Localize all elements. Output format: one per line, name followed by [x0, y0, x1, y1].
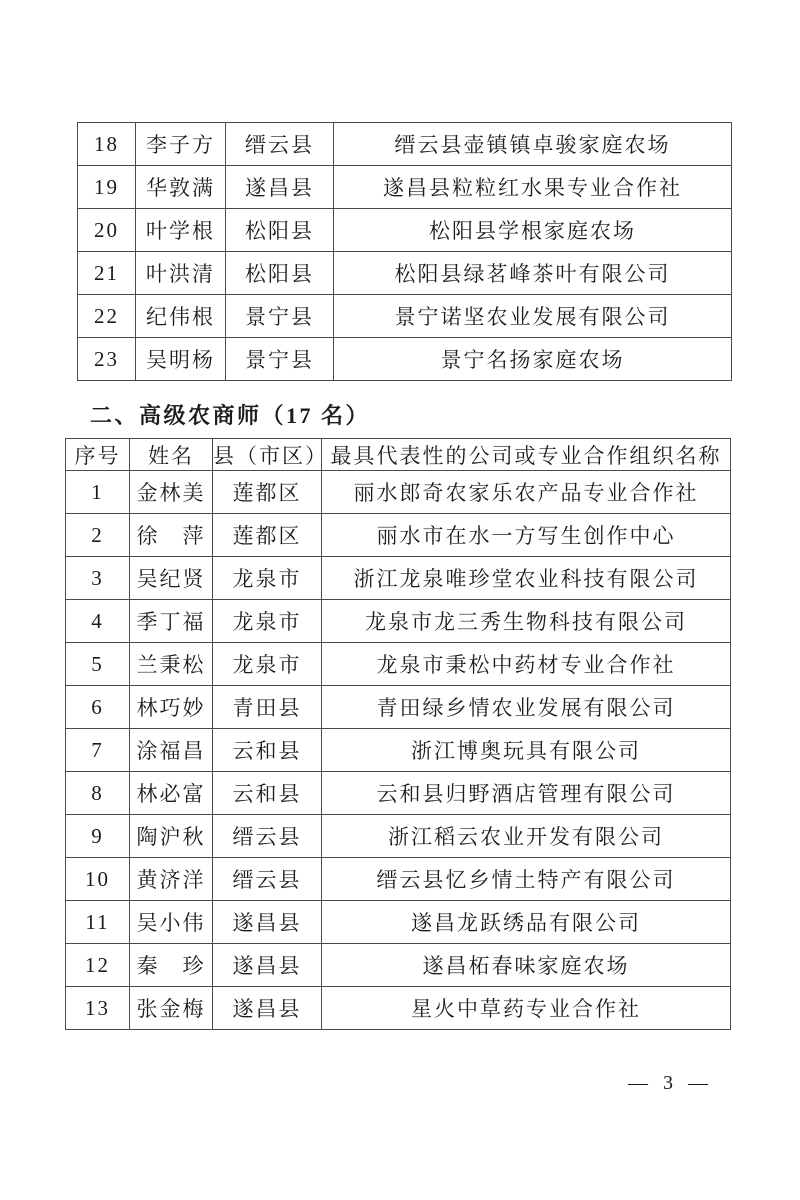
table-row: 8林必富云和县云和县归野酒店管理有限公司 [66, 772, 731, 815]
cell-seq: 13 [66, 987, 130, 1030]
cell-seq: 21 [78, 252, 136, 295]
cell-name: 李子方 [136, 123, 226, 166]
cell-organization: 青田绿乡情农业发展有限公司 [322, 686, 731, 729]
cell-seq: 18 [78, 123, 136, 166]
cell-seq: 10 [66, 858, 130, 901]
cell-county: 松阳县 [226, 252, 334, 295]
cell-name: 秦 珍 [130, 944, 213, 987]
cell-organization: 遂昌龙跃绣品有限公司 [322, 901, 731, 944]
cell-county: 龙泉市 [213, 557, 322, 600]
cell-seq: 7 [66, 729, 130, 772]
table-row: 21叶洪清松阳县松阳县绿茗峰茶叶有限公司 [78, 252, 732, 295]
table-row: 18李子方缙云县缙云县壶镇镇卓骏家庭农场 [78, 123, 732, 166]
cell-seq: 5 [66, 643, 130, 686]
cell-county: 遂昌县 [226, 166, 334, 209]
cell-organization: 浙江龙泉唯珍堂农业科技有限公司 [322, 557, 731, 600]
cell-county: 景宁县 [226, 295, 334, 338]
cell-seq: 20 [78, 209, 136, 252]
cell-seq: 8 [66, 772, 130, 815]
table-row: 2徐 萍莲都区丽水市在水一方写生创作中心 [66, 514, 731, 557]
header-name: 姓名 [130, 439, 213, 471]
cell-name: 华敦满 [136, 166, 226, 209]
cell-name: 兰秉松 [130, 643, 213, 686]
cell-seq: 3 [66, 557, 130, 600]
cell-organization: 龙泉市秉松中药材专业合作社 [322, 643, 731, 686]
cell-seq: 9 [66, 815, 130, 858]
table1-body: 18李子方缙云县缙云县壶镇镇卓骏家庭农场19华敦满遂昌县遂昌县粒粒红水果专业合作… [78, 123, 732, 381]
table-row: 23吴明杨景宁县景宁名扬家庭农场 [78, 338, 732, 381]
table-row: 20叶学根松阳县松阳县学根家庭农场 [78, 209, 732, 252]
cell-name: 涂福昌 [130, 729, 213, 772]
cell-county: 青田县 [213, 686, 322, 729]
cell-name: 张金梅 [130, 987, 213, 1030]
header-county: 县（市区） [213, 439, 322, 471]
table-part1-continued-rows: 18李子方缙云县缙云县壶镇镇卓骏家庭农场19华敦满遂昌县遂昌县粒粒红水果专业合作… [77, 122, 732, 381]
cell-organization: 缙云县忆乡情土特产有限公司 [322, 858, 731, 901]
cell-county: 龙泉市 [213, 600, 322, 643]
cell-county: 缙云县 [226, 123, 334, 166]
cell-seq: 22 [78, 295, 136, 338]
cell-organization: 云和县归野酒店管理有限公司 [322, 772, 731, 815]
cell-seq: 12 [66, 944, 130, 987]
section-heading: 二、高级农商师（17 名） [90, 399, 370, 430]
cell-name: 徐 萍 [130, 514, 213, 557]
cell-county: 云和县 [213, 772, 322, 815]
cell-county: 遂昌县 [213, 987, 322, 1030]
cell-seq: 23 [78, 338, 136, 381]
cell-name: 叶洪清 [136, 252, 226, 295]
table-row: 4季丁福龙泉市龙泉市龙三秀生物科技有限公司 [66, 600, 731, 643]
cell-organization: 丽水郎奇农家乐农产品专业合作社 [322, 471, 731, 514]
cell-county: 云和县 [213, 729, 322, 772]
cell-seq: 6 [66, 686, 130, 729]
cell-county: 龙泉市 [213, 643, 322, 686]
cell-county: 遂昌县 [213, 901, 322, 944]
cell-seq: 19 [78, 166, 136, 209]
cell-organization: 景宁名扬家庭农场 [334, 338, 732, 381]
cell-seq: 11 [66, 901, 130, 944]
table-row: 7涂福昌云和县浙江博奥玩具有限公司 [66, 729, 731, 772]
cell-county: 莲都区 [213, 514, 322, 557]
cell-county: 遂昌县 [213, 944, 322, 987]
cell-organization: 龙泉市龙三秀生物科技有限公司 [322, 600, 731, 643]
cell-name: 吴纪贤 [130, 557, 213, 600]
cell-seq: 2 [66, 514, 130, 557]
cell-name: 陶沪秋 [130, 815, 213, 858]
cell-name: 季丁福 [130, 600, 213, 643]
cell-organization: 浙江博奥玩具有限公司 [322, 729, 731, 772]
cell-organization: 遂昌县粒粒红水果专业合作社 [334, 166, 732, 209]
table-row: 19华敦满遂昌县遂昌县粒粒红水果专业合作社 [78, 166, 732, 209]
table-row: 3吴纪贤龙泉市浙江龙泉唯珍堂农业科技有限公司 [66, 557, 731, 600]
cell-organization: 松阳县绿茗峰茶叶有限公司 [334, 252, 732, 295]
cell-organization: 缙云县壶镇镇卓骏家庭农场 [334, 123, 732, 166]
cell-name: 吴小伟 [130, 901, 213, 944]
header-organization: 最具代表性的公司或专业合作组织名称 [322, 439, 731, 471]
cell-seq: 1 [66, 471, 130, 514]
cell-seq: 4 [66, 600, 130, 643]
table-row: 9陶沪秋缙云县浙江稻云农业开发有限公司 [66, 815, 731, 858]
table-row: 1金林美莲都区丽水郎奇农家乐农产品专业合作社 [66, 471, 731, 514]
cell-county: 松阳县 [226, 209, 334, 252]
header-seq: 序号 [66, 439, 130, 471]
cell-name: 叶学根 [136, 209, 226, 252]
table-row: 22纪伟根景宁县景宁诺坚农业发展有限公司 [78, 295, 732, 338]
table-row: 10黄济洋缙云县缙云县忆乡情土特产有限公司 [66, 858, 731, 901]
cell-organization: 遂昌柘春味家庭农场 [322, 944, 731, 987]
cell-organization: 景宁诺坚农业发展有限公司 [334, 295, 732, 338]
cell-county: 景宁县 [226, 338, 334, 381]
cell-county: 缙云县 [213, 858, 322, 901]
cell-organization: 浙江稻云农业开发有限公司 [322, 815, 731, 858]
table-senior-agri-merchants: 序号 姓名 县（市区） 最具代表性的公司或专业合作组织名称 1金林美莲都区丽水郎… [65, 438, 731, 1030]
table-row: 12秦 珍遂昌县遂昌柘春味家庭农场 [66, 944, 731, 987]
cell-name: 纪伟根 [136, 295, 226, 338]
cell-organization: 松阳县学根家庭农场 [334, 209, 732, 252]
cell-organization: 星火中草药专业合作社 [322, 987, 731, 1030]
table-row: 6林巧妙青田县青田绿乡情农业发展有限公司 [66, 686, 731, 729]
table-row: 5兰秉松龙泉市龙泉市秉松中药材专业合作社 [66, 643, 731, 686]
table-row: 13张金梅遂昌县星火中草药专业合作社 [66, 987, 731, 1030]
table2-body: 1金林美莲都区丽水郎奇农家乐农产品专业合作社2徐 萍莲都区丽水市在水一方写生创作… [66, 471, 731, 1030]
cell-name: 黄济洋 [130, 858, 213, 901]
cell-name: 金林美 [130, 471, 213, 514]
page-number: — 3 — [628, 1072, 713, 1095]
cell-name: 林巧妙 [130, 686, 213, 729]
table-row: 11吴小伟遂昌县遂昌龙跃绣品有限公司 [66, 901, 731, 944]
table-header-row: 序号 姓名 县（市区） 最具代表性的公司或专业合作组织名称 [66, 439, 731, 471]
cell-organization: 丽水市在水一方写生创作中心 [322, 514, 731, 557]
cell-county: 缙云县 [213, 815, 322, 858]
cell-name: 林必富 [130, 772, 213, 815]
cell-county: 莲都区 [213, 471, 322, 514]
cell-name: 吴明杨 [136, 338, 226, 381]
